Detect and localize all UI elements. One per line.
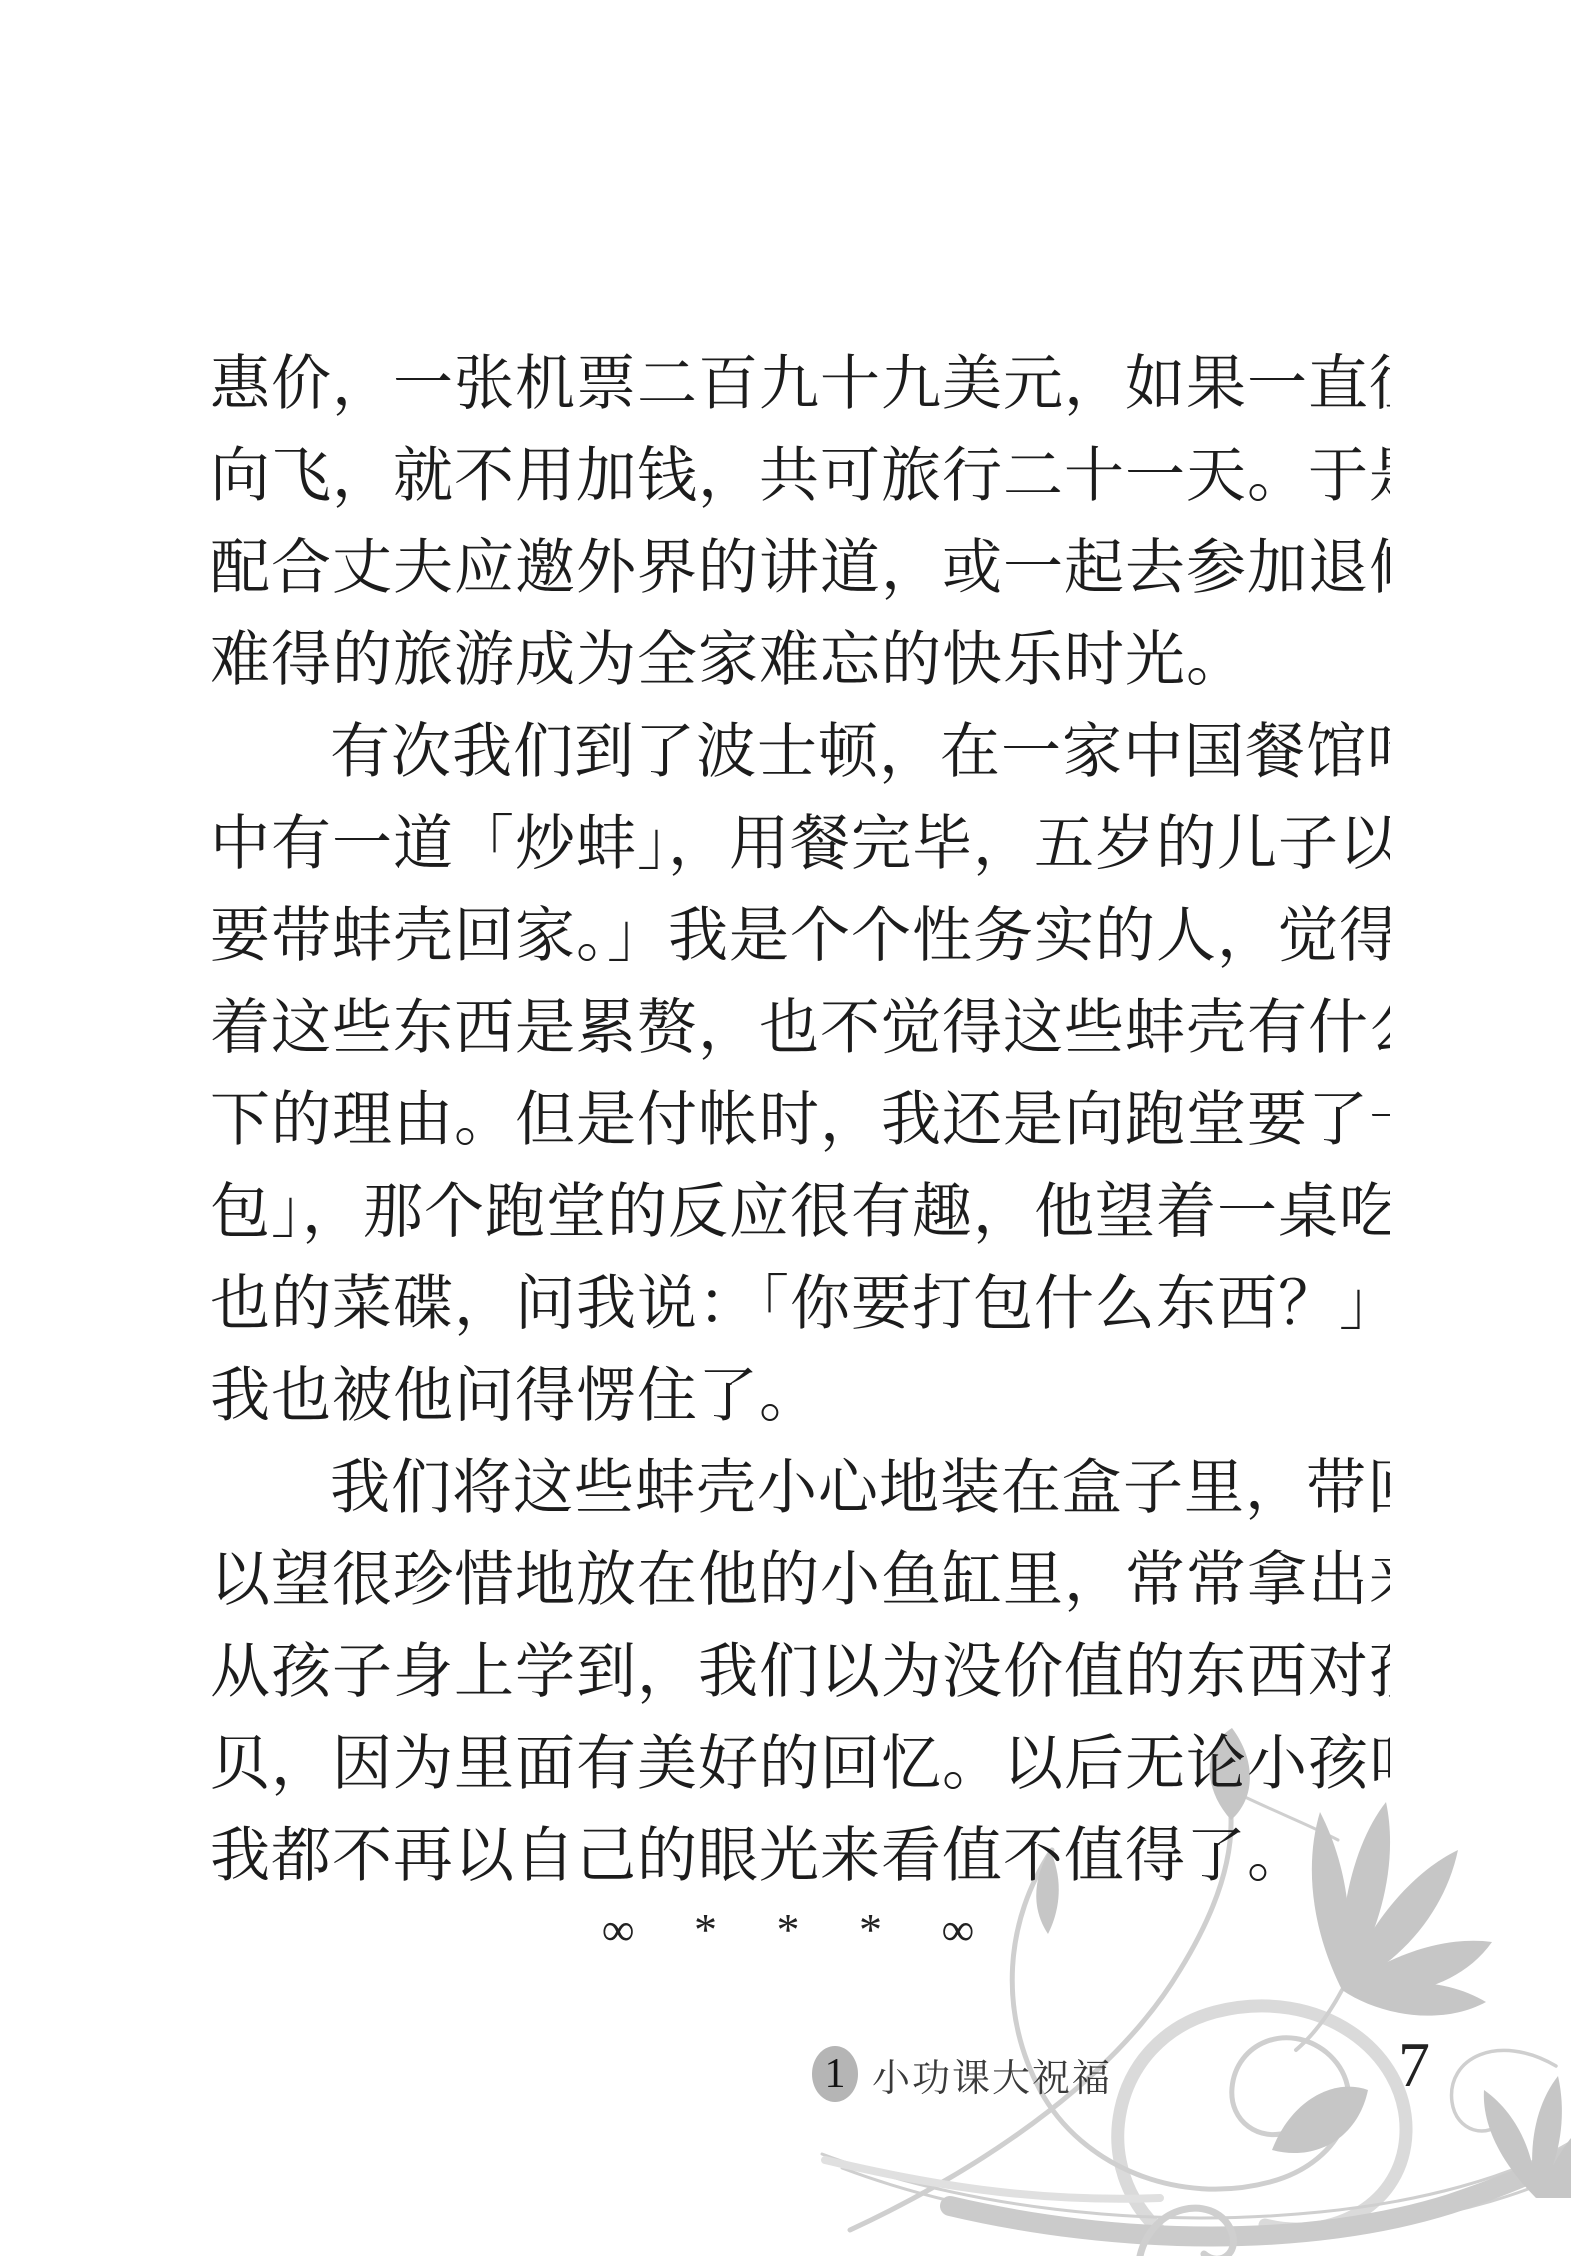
text-line: 包」，那个跑堂的反应很有趣，他望着一桌吃得空空如	[210, 1166, 1390, 1258]
section-separator: ∞ * * * ∞	[210, 1903, 1390, 1956]
text-line: 配合丈夫应邀外界的讲道，或一起去参加退修会。这	[210, 522, 1390, 614]
page-text: 惠价，一张机票二百九十九美元，如果一直往一个方 向飞，就不用加钱，共可旅行二十一…	[210, 338, 1390, 1902]
text-line: 我也被他问得愣住了。	[210, 1350, 1390, 1442]
chapter-marker: 1 小功课大祝福	[812, 2046, 1112, 2102]
text-line: 贝，因为里面有美好的回忆。以后无论小孩叫我带什么，	[210, 1718, 1390, 1810]
text-line: 向飞，就不用加钱，共可旅行二十一天。于是一家人	[210, 430, 1390, 522]
text-line: 难得的旅游成为全家难忘的快乐时光。	[210, 614, 1390, 706]
chapter-title: 小功课大祝福	[872, 2047, 1112, 2102]
text-line: 以望很珍惜地放在他的小鱼缸里，常常拿出来把玩。我	[210, 1534, 1390, 1626]
text-line: 也的菜碟，问我说：「你要打包什么东西？」一时之间，	[210, 1258, 1390, 1350]
text-line: 中有一道「炒蚌」，用餐完毕，五岁的儿子以望说：「我	[210, 798, 1390, 890]
text-line: 惠价，一张机票二百九十九美元，如果一直往一个方	[210, 338, 1390, 430]
text-line: 从孩子身上学到，我们以为没价值的东西对孩子却是宝	[210, 1626, 1390, 1718]
text-line: 要带蚌壳回家。」我是个个性务实的人，觉得外出带	[210, 890, 1390, 982]
text-line: 下的理由。但是付帐时，我还是向跑堂要了一个盒子「打	[210, 1074, 1390, 1166]
text-line: 我们将这些蚌壳小心地装在盒子里，带回三藩市，	[210, 1442, 1390, 1534]
text-line: 有次我们到了波士顿，在一家中国餐馆吃饭，其	[210, 706, 1390, 798]
text-line: 我都不再以自己的眼光来看值不值得了。	[210, 1810, 1390, 1902]
chapter-number-badge: 1	[812, 2046, 858, 2102]
text-line: 着这些东西是累赘，也不觉得这些蚌壳有什么值得留	[210, 982, 1390, 1074]
page-number: 7	[1398, 2028, 1430, 2102]
book-page: 惠价，一张机票二百九十九美元，如果一直往一个方 向飞，就不用加钱，共可旅行二十一…	[0, 0, 1571, 2256]
